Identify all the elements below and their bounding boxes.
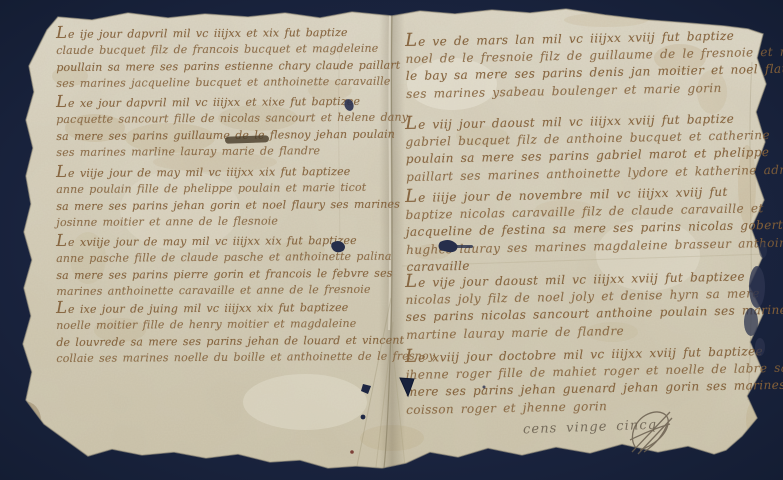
baptism-entry-right-3: Le iiije jour de novembre mil vc iiijxx … [405,180,783,276]
baptism-entry-right-2: Le viij jour daoust mil vc iiijxx xviij … [405,108,783,186]
baptism-entry-left-4: Le xviije jour de may mil vc iiijxx xix … [56,231,393,301]
left-page: Le ije jour dapvril mil vc iiijxx et xix… [56,0,392,480]
baptism-entry-left-3: Le viije jour de may mil vc iiijxx xix f… [56,162,400,232]
manuscript-line: Le ije jour dapvril mil vc iiijxx et xix… [56,23,400,44]
manuscript-line: Le xe jour dapvril mil vc iiijxx et xixe… [56,92,408,113]
manuscript-line: josinne moitier et anne de le flesnoie [56,212,400,231]
manuscript-line: ses marines jacqueline bucquet et anthoi… [56,73,400,92]
manuscript-line: ses marines marline lauray marie de flan… [56,142,408,161]
baptism-entry-left-1: Le ije jour dapvril mil vc iiijxx et xix… [56,23,401,93]
baptism-entry-right-4: Le vije jour daoust mil vc iiijxx xviij … [405,266,783,344]
right-page: Le ve de mars lan mil vc iiijxx xviij fu… [405,0,777,480]
manuscript-line: Le viije jour de may mil vc iiijxx xix f… [56,162,400,183]
baptism-entry-right-1: Le ve de mars lan mil vc iiijxx xviij fu… [405,24,783,103]
manuscript-line: Le xviije jour de may mil vc iiijxx xix … [56,231,392,252]
baptism-entry-left-5: Le ixe jour de juing mil vc iiijxx xix f… [56,297,435,367]
manuscript-line: collaie ses marines noelle du boille et … [56,348,435,367]
baptism-entry-right-5: Le xviij jour doctobre mil vc iiijxx xvi… [405,341,783,419]
baptism-entry-left-2: Le xe jour dapvril mil vc iiijxx et xixe… [56,92,408,162]
manuscript-photo: Le ije jour dapvril mil vc iiijxx et xix… [0,0,783,480]
